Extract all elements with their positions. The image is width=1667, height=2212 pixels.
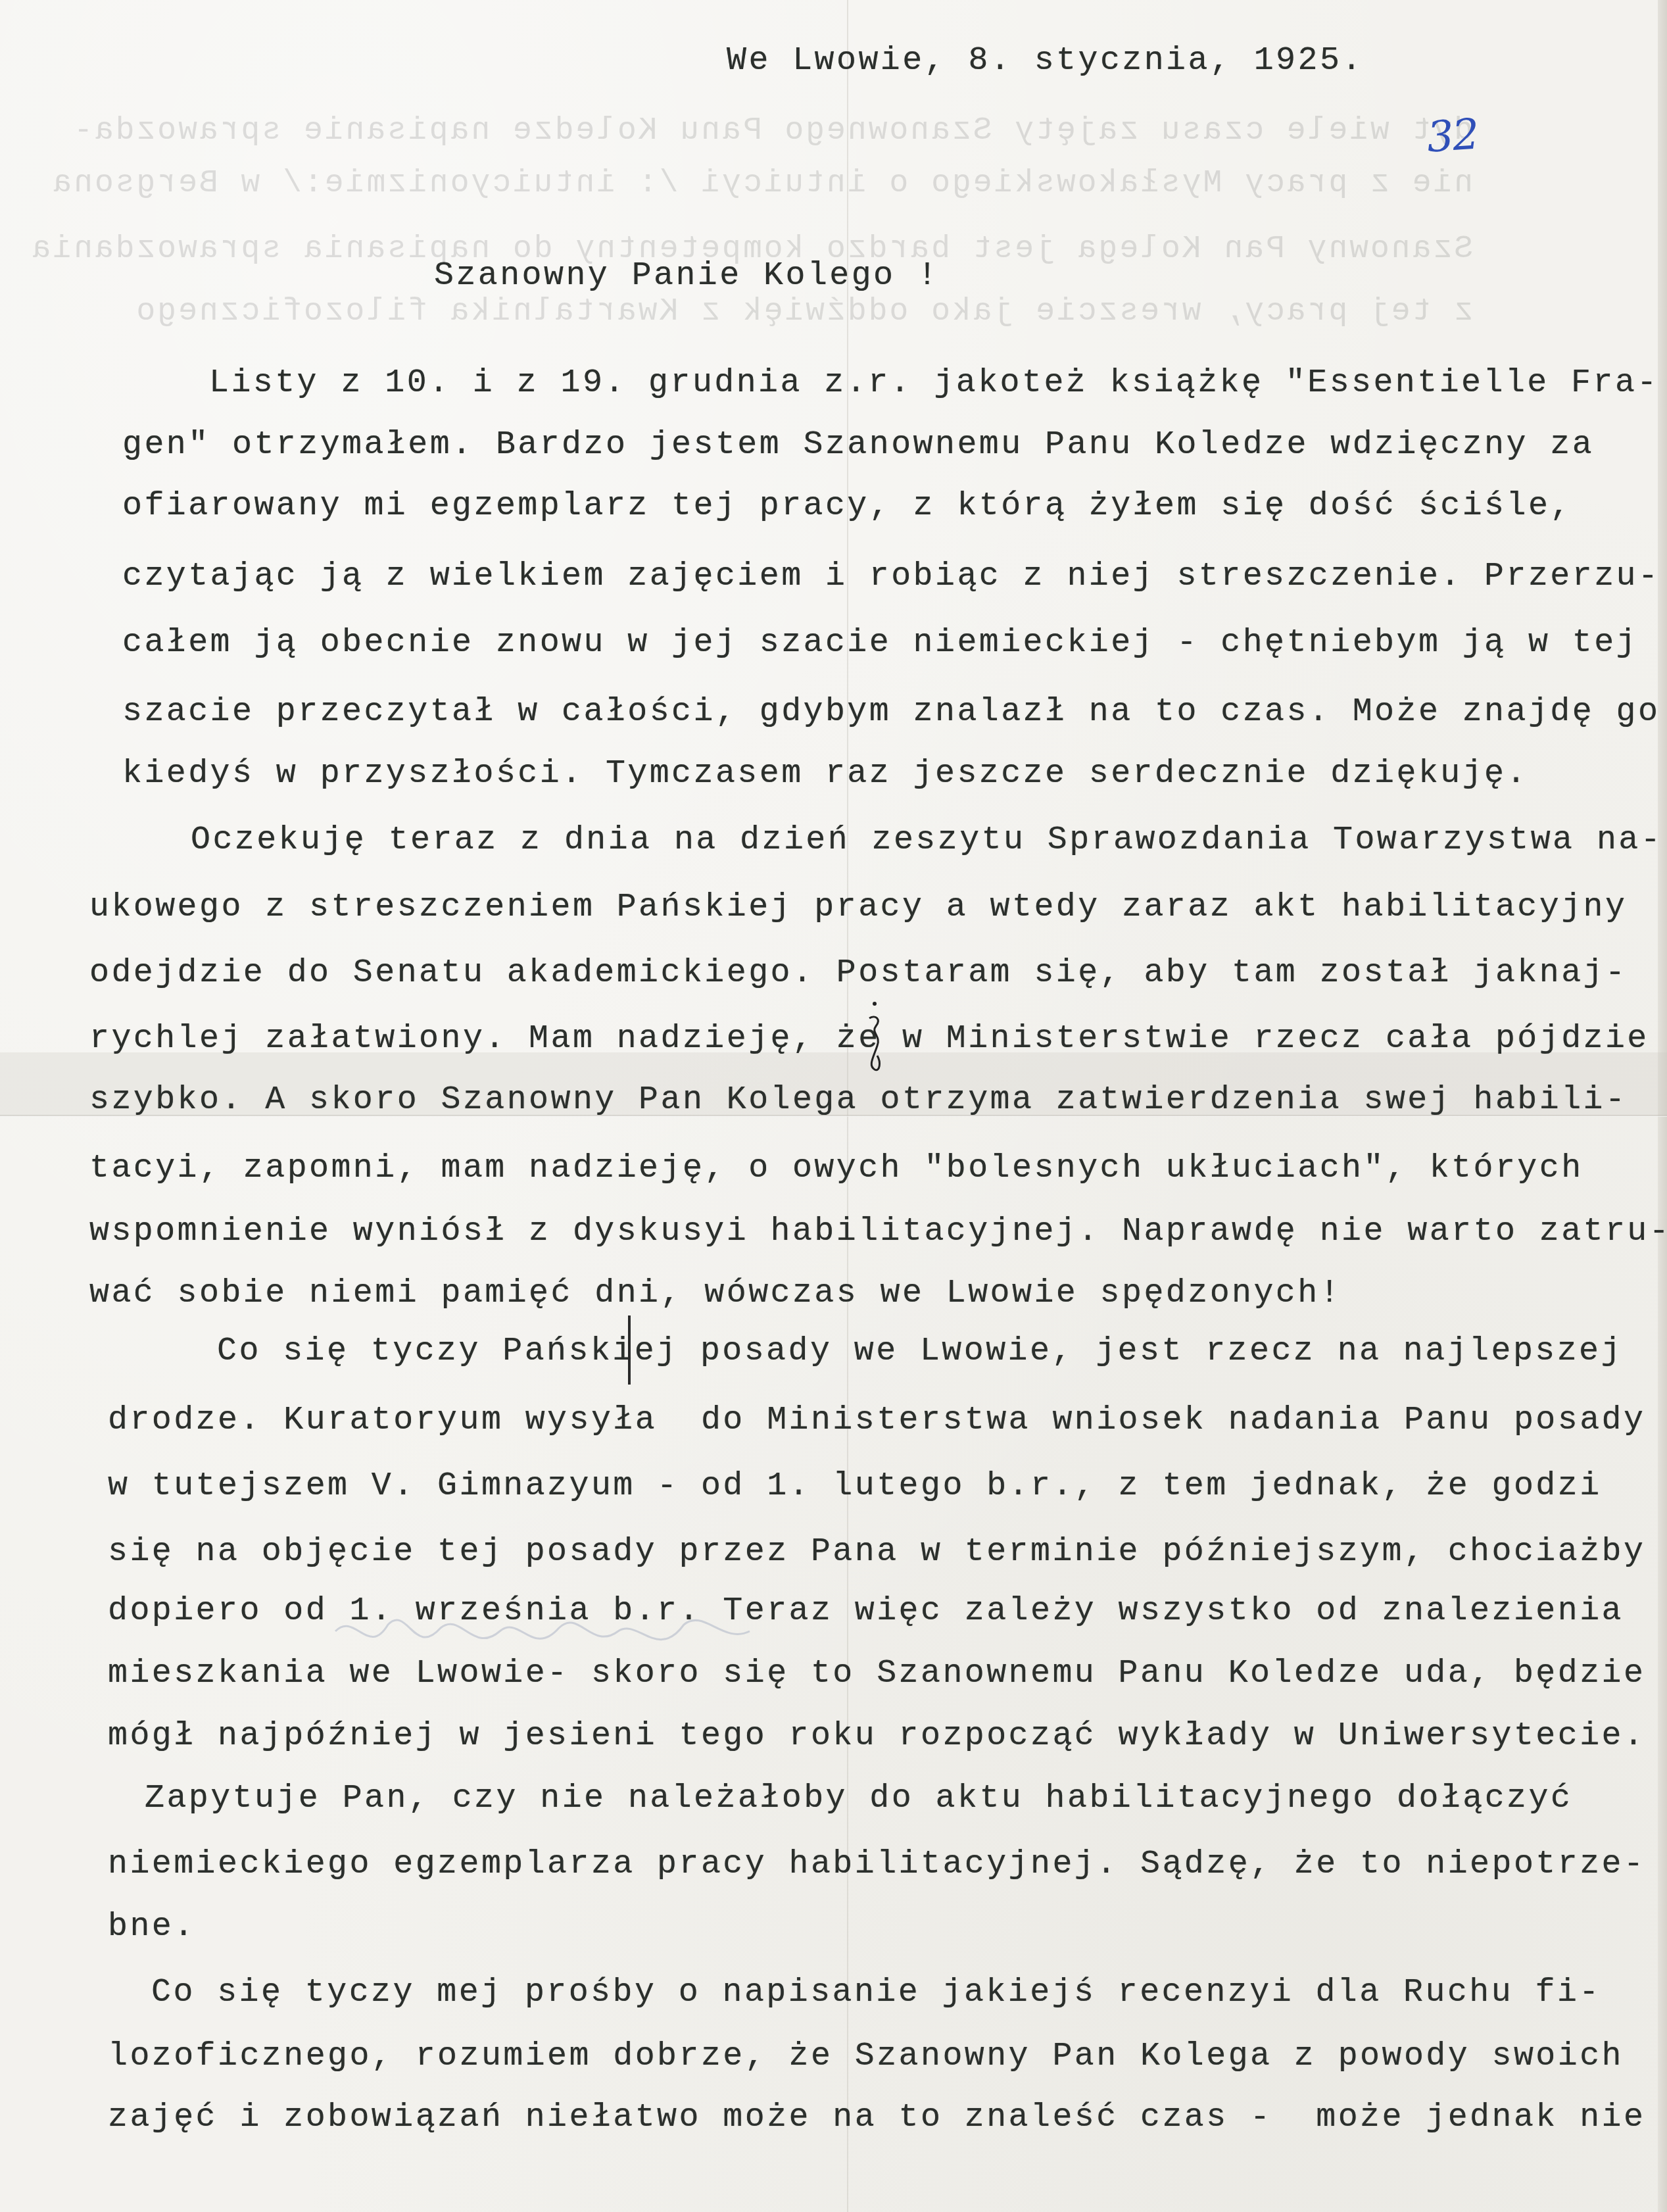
date-line: We Lwowie, 8. stycznia, 1925. [727, 45, 1364, 78]
letter-line: kiedyś w przyszłości. Tymczasem raz jesz… [122, 758, 1528, 791]
letter-line: czytając ją z wielkiem zajęciem i robiąc… [122, 560, 1660, 593]
letter-line: ofiarowany mi egzemplarz tej pracy, z kt… [122, 490, 1572, 523]
letter-line: odejdzie do Senatu akademickiego. Postar… [89, 957, 1627, 990]
letter-line: lozoficznego, rozumiem dobrze, że Szanow… [108, 2040, 1624, 2073]
letter-line: niemieckiego egzemplarza pracy habilitac… [108, 1848, 1645, 1881]
letter-line: ukowego z streszczeniem Pańskiej pracy a… [89, 891, 1627, 924]
letter-line: drodze. Kuratoryum wysyła do Ministerstw… [108, 1404, 1645, 1437]
pencil-signature-bleed [329, 1605, 789, 1664]
letter-line: gen" otrzymałem. Bardzo jestem Szanownem… [122, 429, 1594, 462]
bleed-through-line: z tej pracy, wreszcie jako oddźwięk z Kw… [135, 296, 1474, 328]
letter-line: wspomnienie wyniósł z dyskusyi habilitac… [89, 1216, 1667, 1248]
handwritten-correction-icon [861, 1000, 888, 1072]
letter-line: wać sobie niemi pamięć dni, wówczas we L… [89, 1277, 1341, 1310]
bleed-through-line: dyt wiele czasu zajęty Szanownego Panu K… [72, 115, 1473, 147]
letter-line: całem ją obecnie znowu w jej szacie niem… [122, 627, 1638, 660]
letter-line: szacie przeczytał w całości, gdybym znal… [122, 696, 1660, 729]
letter-line: Zapytuje Pan, czy nie należałoby do aktu… [145, 1782, 1572, 1815]
letter-line: Co się tyczy mej prośby o napisanie jaki… [151, 1977, 1601, 2009]
letter-page: dyt wiele czasu zajęty Szanownego Panu K… [0, 0, 1667, 2212]
archive-page-number: 32 [1426, 110, 1480, 162]
bleed-through-line: nie z pracy Mysłakowskiego o intuicyi /:… [51, 168, 1473, 199]
salutation: Szanowny Panie Kolego ! [434, 260, 939, 293]
letter-line: się na objęcie tej posady przez Pana w t… [108, 1536, 1645, 1569]
letter-line: mógł najpóźniej w jesieni tego roku rozp… [108, 1720, 1645, 1753]
letter-line: szybko. A skoro Szanowny Pan Kolega otrz… [89, 1084, 1627, 1117]
letter-line: Co się tyczy Pańskiej posady we Lwowie, … [217, 1335, 1623, 1368]
letter-line: tacyi, zapomni, mam nadzieję, o owych "b… [89, 1152, 1583, 1185]
letter-line: bne. [108, 1911, 196, 1944]
letter-line: zajęć i zobowiązań niełatwo może na to z… [108, 2101, 1645, 2134]
letter-line: w tutejszem V. Gimnazyum - od 1. lutego … [108, 1470, 1602, 1503]
letter-line: Oczekuję teraz z dnia na dzień zeszytu S… [191, 824, 1662, 857]
handwritten-insertion-mark [628, 1315, 631, 1385]
letter-line: Listy z 10. i z 19. grudnia z.r. jakoteż… [209, 367, 1659, 400]
